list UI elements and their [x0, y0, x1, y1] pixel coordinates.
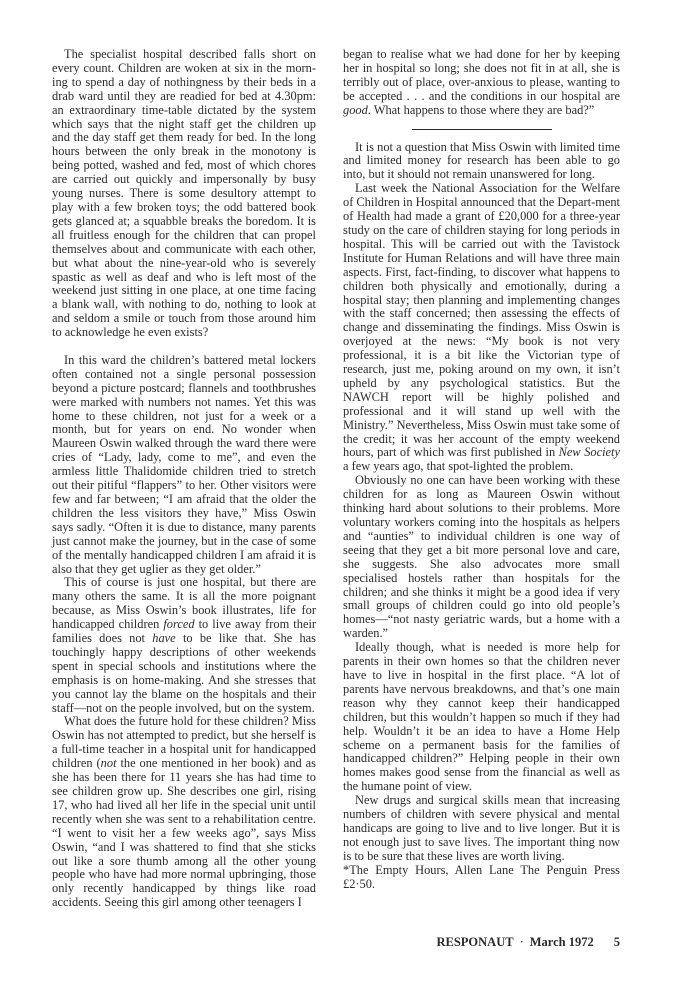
paragraph-text: New drugs and surgical skills mean that …: [343, 793, 620, 863]
section-divider-rule: [412, 129, 552, 130]
paragraph-text: The specialist hospital described falls …: [52, 47, 316, 339]
article-paragraph: In this ward the children’s battered met…: [52, 354, 316, 577]
right-column-bottom: It is not a question that Miss Oswin wit…: [343, 141, 620, 892]
paragraph-text: *The Empty Hours, Allen Lane The Penguin…: [343, 863, 620, 891]
italic-text: not: [101, 756, 117, 770]
paragraph-text: began to realise what we had done for he…: [343, 47, 620, 103]
right-column-top: began to realise what we had done for he…: [343, 48, 620, 118]
article-paragraph: Last week the National Association for t…: [343, 182, 620, 474]
page-number: 5: [614, 935, 620, 949]
article-paragraph: The specialist hospital described falls …: [52, 48, 316, 340]
issue-date: March 1972: [530, 935, 594, 949]
italic-text: have: [152, 631, 175, 645]
italic-text: New Society: [559, 445, 620, 459]
paragraph-text: . What happens to those where they are b…: [368, 103, 595, 117]
publication-name: RESPONAUT: [436, 935, 513, 949]
paragraph-text: a few years ago, that spot-lighted the p…: [343, 459, 573, 473]
page-footer: RESPONAUT·March 19725: [436, 935, 620, 950]
article-paragraph: This of course is just one hospital, but…: [52, 576, 316, 715]
paragraph-text: Last week the National Association for t…: [343, 181, 620, 459]
article-paragraph: It is not a question that Miss Oswin wit…: [343, 141, 620, 183]
article-paragraph: New drugs and surgical skills mean that …: [343, 794, 620, 864]
footer-separator: ·: [520, 935, 524, 949]
italic-text: good: [343, 103, 368, 117]
paragraph-text: It is not a question that Miss Oswin wit…: [343, 140, 620, 182]
article-paragraph: What does the future hold for these chil…: [52, 715, 316, 910]
left-column: The specialist hospital described falls …: [52, 48, 316, 910]
right-column: began to realise what we had done for he…: [343, 48, 620, 891]
article-paragraph: began to realise what we had done for he…: [343, 48, 620, 118]
paragraph-text: Ideally though, what is needed is more h…: [343, 640, 620, 793]
paragraph-text: the one mentioned in her book) and as sh…: [52, 756, 316, 909]
article-paragraph: Ideally though, what is needed is more h…: [343, 641, 620, 794]
italic-text: forced: [163, 617, 194, 631]
article-paragraph: Obviously no one can have been working w…: [343, 474, 620, 641]
article-paragraph: *The Empty Hours, Allen Lane The Penguin…: [343, 864, 620, 892]
paragraph-text: Obviously no one can have been working w…: [343, 473, 620, 640]
paragraph-text: In this ward the children’s battered met…: [52, 353, 316, 576]
